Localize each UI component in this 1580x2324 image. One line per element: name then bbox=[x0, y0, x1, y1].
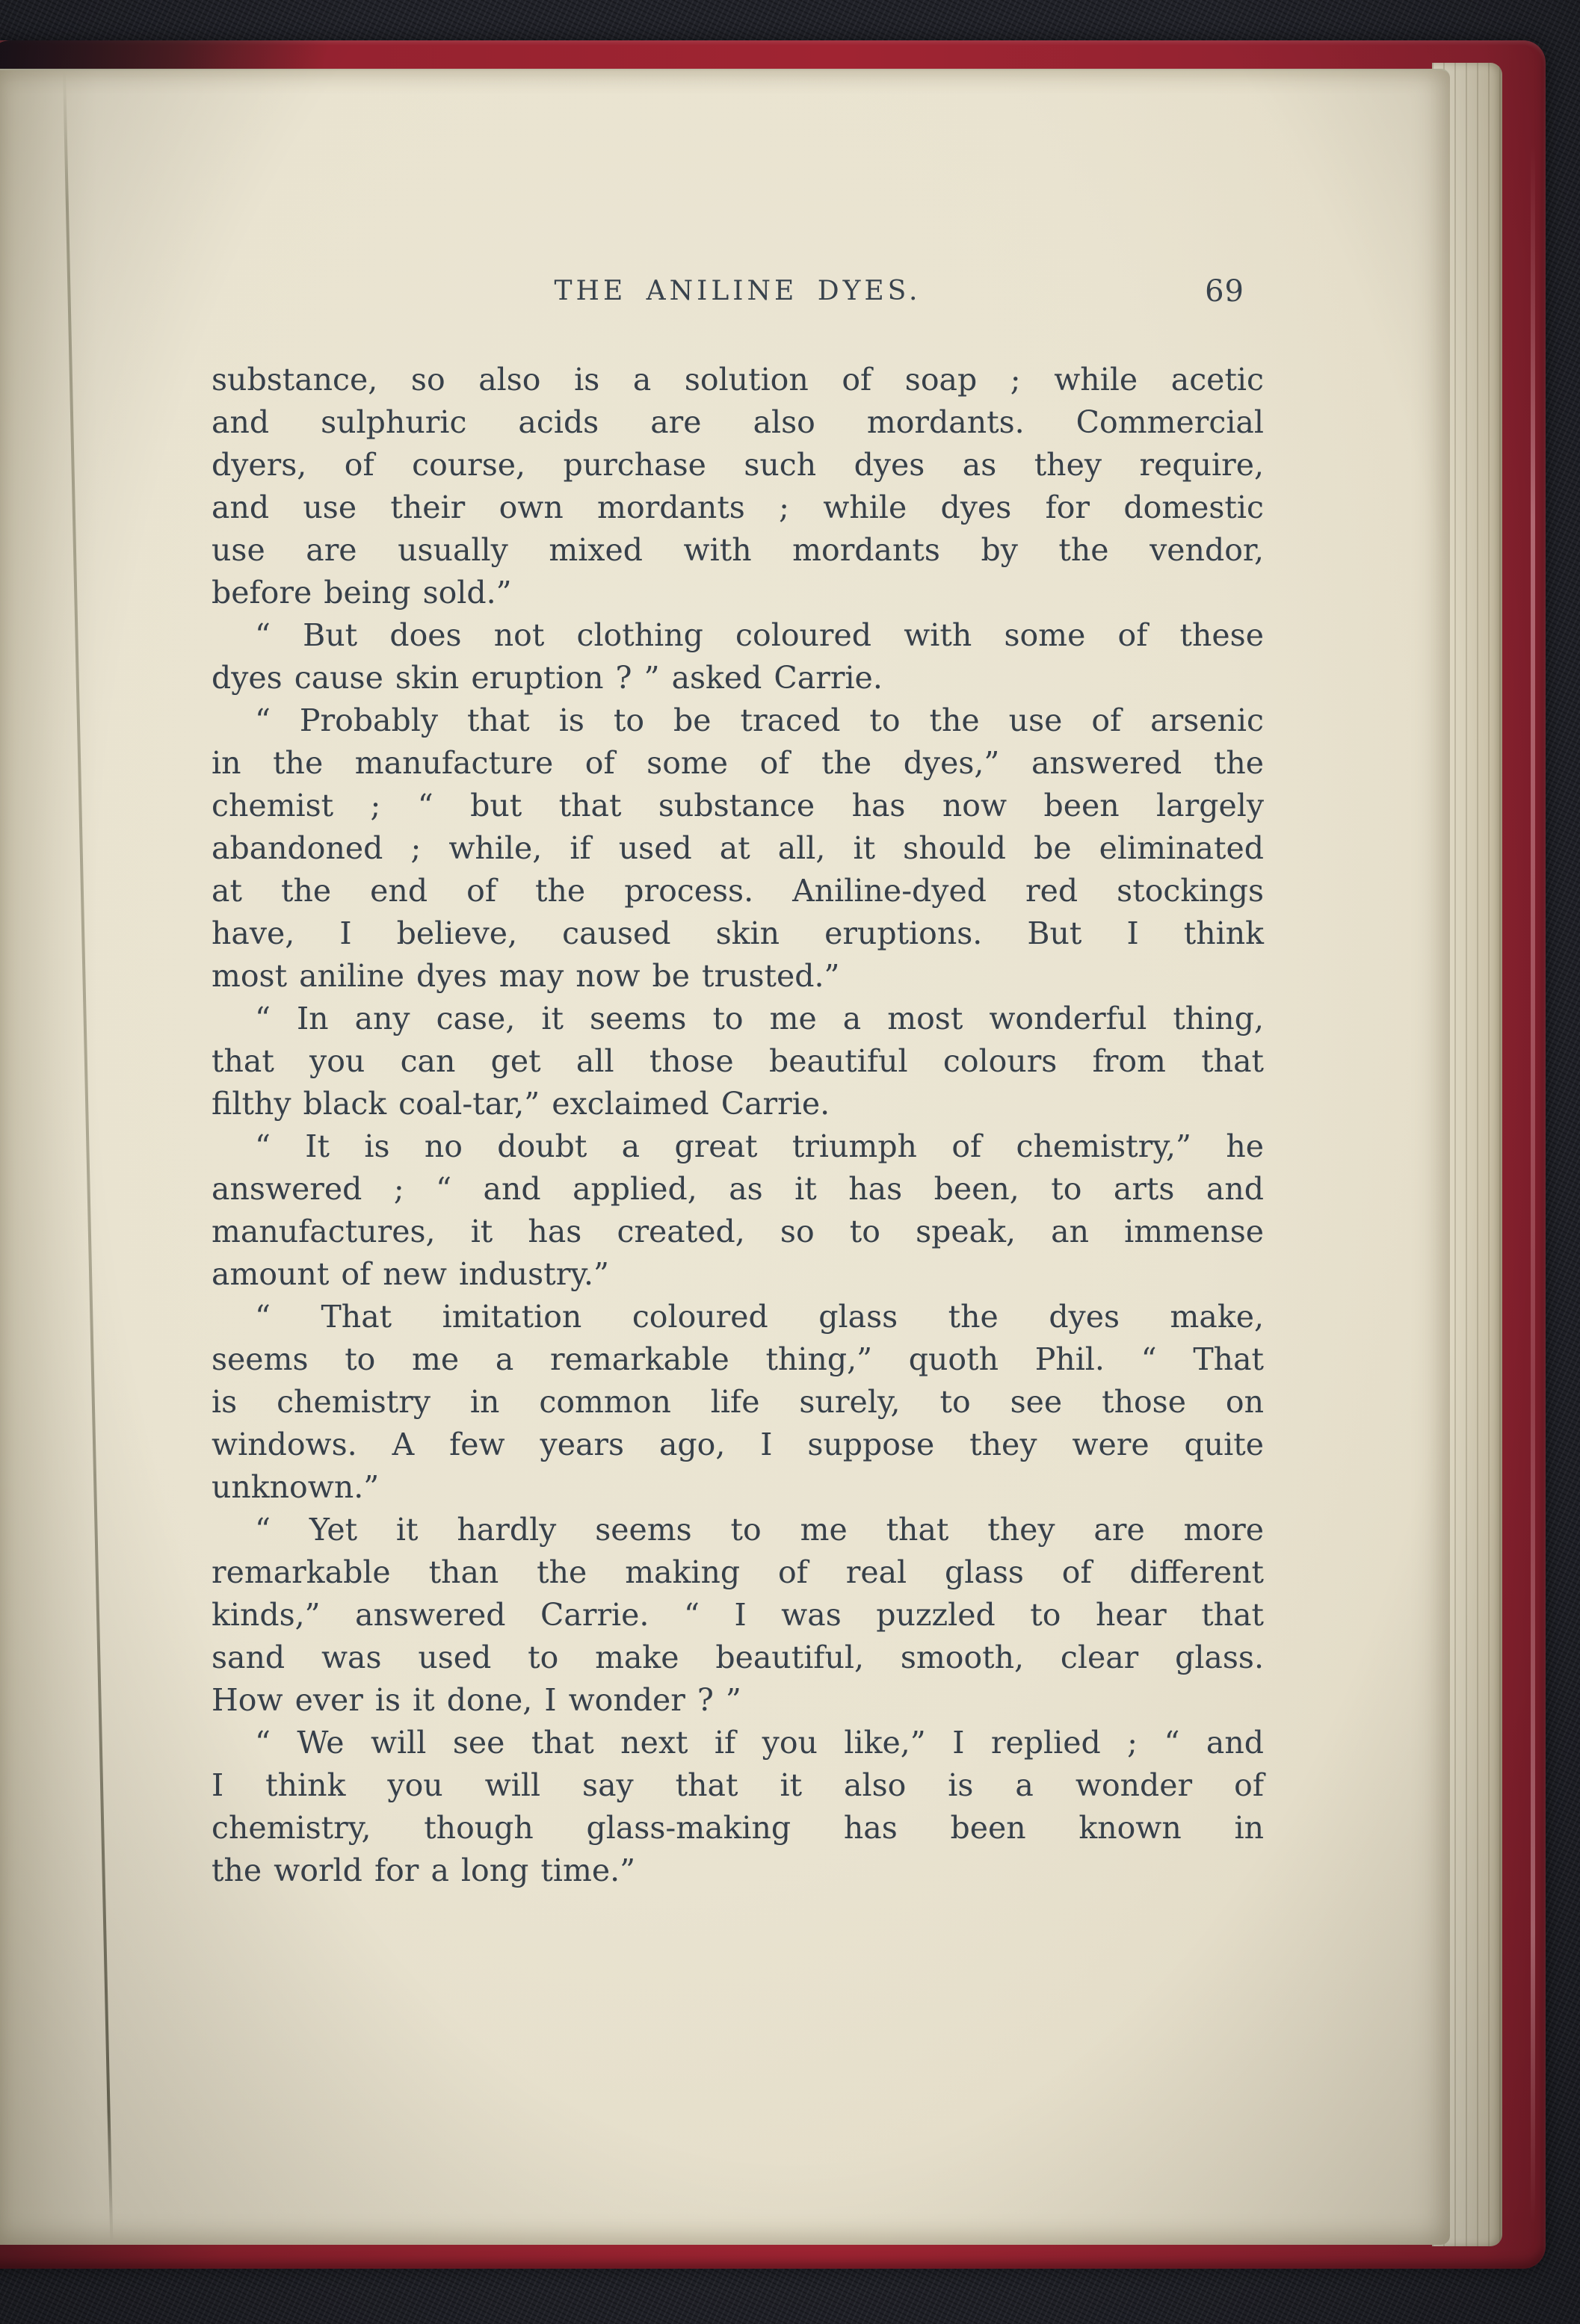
text-line: that you can get all those beautiful col… bbox=[212, 1040, 1264, 1083]
text-line: before being sold.” bbox=[212, 572, 1264, 614]
page-number: 69 bbox=[1205, 273, 1244, 309]
text-line: filthy black coal-tar,” exclaimed Carrie… bbox=[212, 1083, 1264, 1125]
text-line: and use their own mordants ; while dyes … bbox=[212, 486, 1264, 529]
running-title: THE ANILINE DYES. bbox=[212, 273, 1264, 309]
text-line: sand was used to make beautiful, smooth,… bbox=[212, 1637, 1264, 1679]
text-line: answered ; “ and applied, as it has been… bbox=[212, 1168, 1264, 1211]
text-line: substance, so also is a solution of soap… bbox=[212, 359, 1264, 401]
text-line: “ It is no doubt a great triumph of chem… bbox=[212, 1125, 1264, 1168]
text-column: THE ANILINE DYES. 69 substance, so also … bbox=[212, 70, 1264, 2245]
text-line: remarkable than the making of real glass… bbox=[212, 1551, 1264, 1594]
text-line: “ Probably that is to be traced to the u… bbox=[212, 699, 1264, 742]
body-text: substance, so also is a solution of soap… bbox=[212, 359, 1264, 1892]
text-line: unknown.” bbox=[212, 1466, 1264, 1509]
text-line: manufactures, it has created, so to spea… bbox=[212, 1211, 1264, 1253]
text-line: have, I believe, caused skin eruptions. … bbox=[212, 912, 1264, 955]
text-line: “ But does not clothing coloured with so… bbox=[212, 614, 1264, 657]
text-line: in the manufacture of some of the dyes,”… bbox=[212, 742, 1264, 785]
text-line: windows. A few years ago, I suppose they… bbox=[212, 1424, 1264, 1466]
text-line: amount of new industry.” bbox=[212, 1253, 1264, 1296]
text-line: “ That imitation coloured glass the dyes… bbox=[212, 1296, 1264, 1338]
text-line: dyers, of course, purchase such dyes as … bbox=[212, 444, 1264, 486]
text-line: “ Yet it hardly seems to me that they ar… bbox=[212, 1509, 1264, 1551]
page-header: THE ANILINE DYES. 69 bbox=[212, 273, 1264, 309]
text-line: dyes cause skin eruption ? ” asked Carri… bbox=[212, 657, 1264, 699]
text-line: “ We will see that next if you like,” I … bbox=[212, 1722, 1264, 1764]
text-line: I think you will say that it also is a w… bbox=[212, 1764, 1264, 1807]
text-line: at the end of the process. Aniline-dyed … bbox=[212, 870, 1264, 912]
text-line: most aniline dyes may now be trusted.” bbox=[212, 955, 1264, 998]
text-line: the world for a long time.” bbox=[212, 1849, 1264, 1892]
text-line: chemist ; “ but that substance has now b… bbox=[212, 785, 1264, 827]
text-line: is chemistry in common life surely, to s… bbox=[212, 1381, 1264, 1424]
text-line: chemistry, though glass-making has been … bbox=[212, 1807, 1264, 1849]
text-line: How ever is it done, I wonder ? ” bbox=[212, 1679, 1264, 1722]
text-line: seems to me a remarkable thing,” quoth P… bbox=[212, 1338, 1264, 1381]
gutter-shadow bbox=[0, 70, 97, 2245]
text-line: kinds,” answered Carrie. “ I was puzzled… bbox=[212, 1594, 1264, 1637]
book-page: THE ANILINE DYES. 69 substance, so also … bbox=[0, 69, 1450, 2245]
text-line: and sulphuric acids are also mordants. C… bbox=[212, 401, 1264, 444]
text-line: use are usually mixed with mordants by t… bbox=[212, 529, 1264, 572]
text-line: “ In any case, it seems to me a most won… bbox=[212, 998, 1264, 1040]
text-line: abandoned ; while, if used at all, it sh… bbox=[212, 827, 1264, 870]
photo-background: THE ANILINE DYES. 69 substance, so also … bbox=[0, 0, 1580, 2324]
